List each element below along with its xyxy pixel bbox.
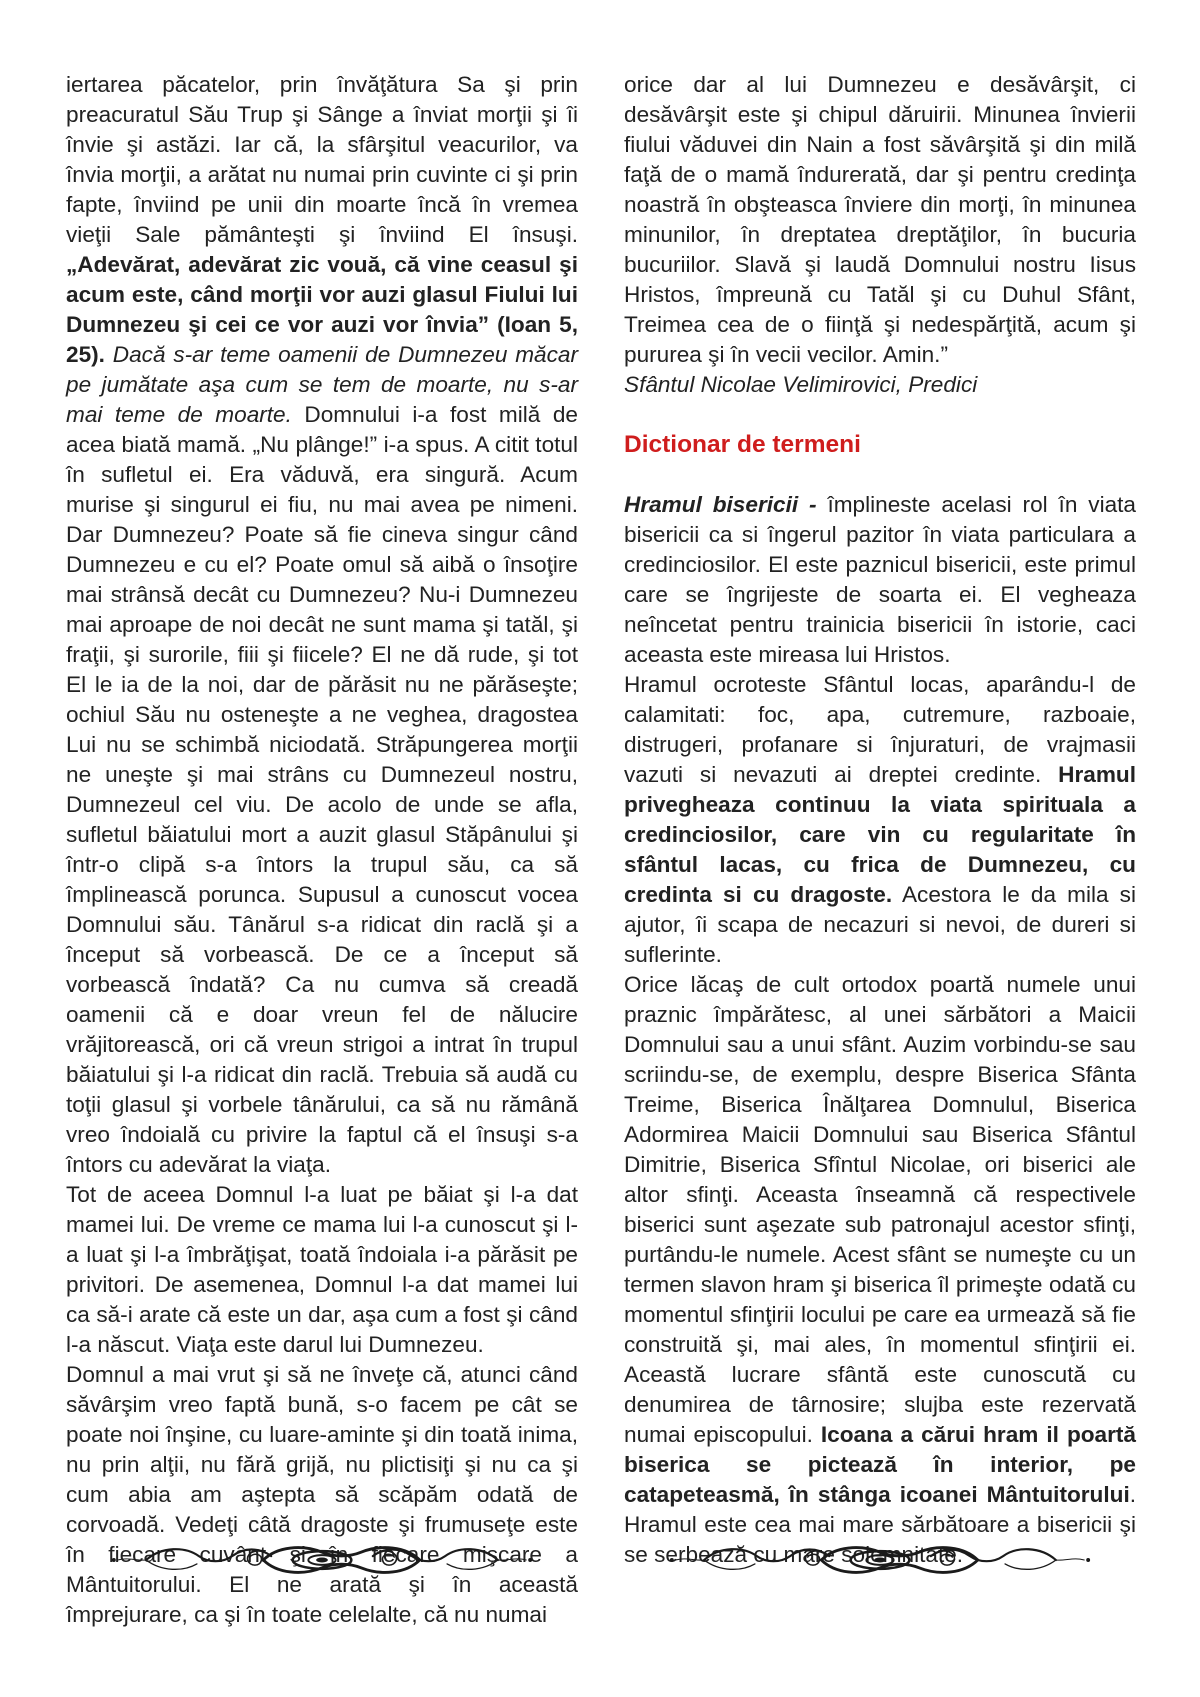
scroll-flourish-icon	[665, 1538, 1095, 1582]
paragraph: Domnul a mai vrut şi să ne înveţe că, at…	[66, 1360, 578, 1630]
text-segment: iertarea păcatelor, prin învăţătura Sa ş…	[66, 72, 578, 247]
text-segment: Sfântul Nicolae Velimirovici, Predici	[624, 372, 977, 397]
section-heading: Dictionar de termeni	[624, 430, 1136, 460]
left-ornament-cell	[66, 1538, 578, 1582]
paragraph: orice dar al lui Dumnezeu e desăvârşit, …	[624, 70, 1136, 370]
text-columns: iertarea păcatelor, prin învăţătura Sa ş…	[66, 70, 1136, 1630]
text-segment: Domnul a mai vrut şi să ne înveţe că, at…	[66, 1362, 578, 1627]
paragraph: Orice lăcaş de cult ortodox poartă numel…	[624, 970, 1136, 1570]
text-segment: Hramul bisericii -	[624, 492, 827, 517]
text-segment: Tot de aceea Domnul l-a luat pe băiat şi…	[66, 1182, 578, 1357]
scroll-flourish-icon	[107, 1538, 537, 1582]
right-ornament-cell	[624, 1538, 1136, 1582]
paragraph: Hramul bisericii - împlineste acelasi ro…	[624, 490, 1136, 670]
document-page: iertarea păcatelor, prin învăţătura Sa ş…	[0, 0, 1200, 1697]
paragraph: Hramul ocroteste Sfântul locas, aparându…	[624, 670, 1136, 970]
left-column: iertarea păcatelor, prin învăţătura Sa ş…	[66, 70, 578, 1630]
paragraph: Tot de aceea Domnul l-a luat pe băiat şi…	[66, 1180, 578, 1360]
text-segment: orice dar al lui Dumnezeu e desăvârşit, …	[624, 72, 1136, 367]
paragraph: iertarea păcatelor, prin învăţătura Sa ş…	[66, 70, 578, 1180]
text-segment: Domnului i-a fost milă de acea biată mam…	[66, 402, 578, 1177]
ornament-row	[66, 1538, 1136, 1582]
text-segment: Orice lăcaş de cult ortodox poartă numel…	[624, 972, 1136, 1447]
text-segment: împlineste acelasi rol în viata biserici…	[624, 492, 1136, 667]
paragraph: Sfântul Nicolae Velimirovici, Predici	[624, 370, 1136, 400]
right-column: orice dar al lui Dumnezeu e desăvârşit, …	[624, 70, 1136, 1630]
